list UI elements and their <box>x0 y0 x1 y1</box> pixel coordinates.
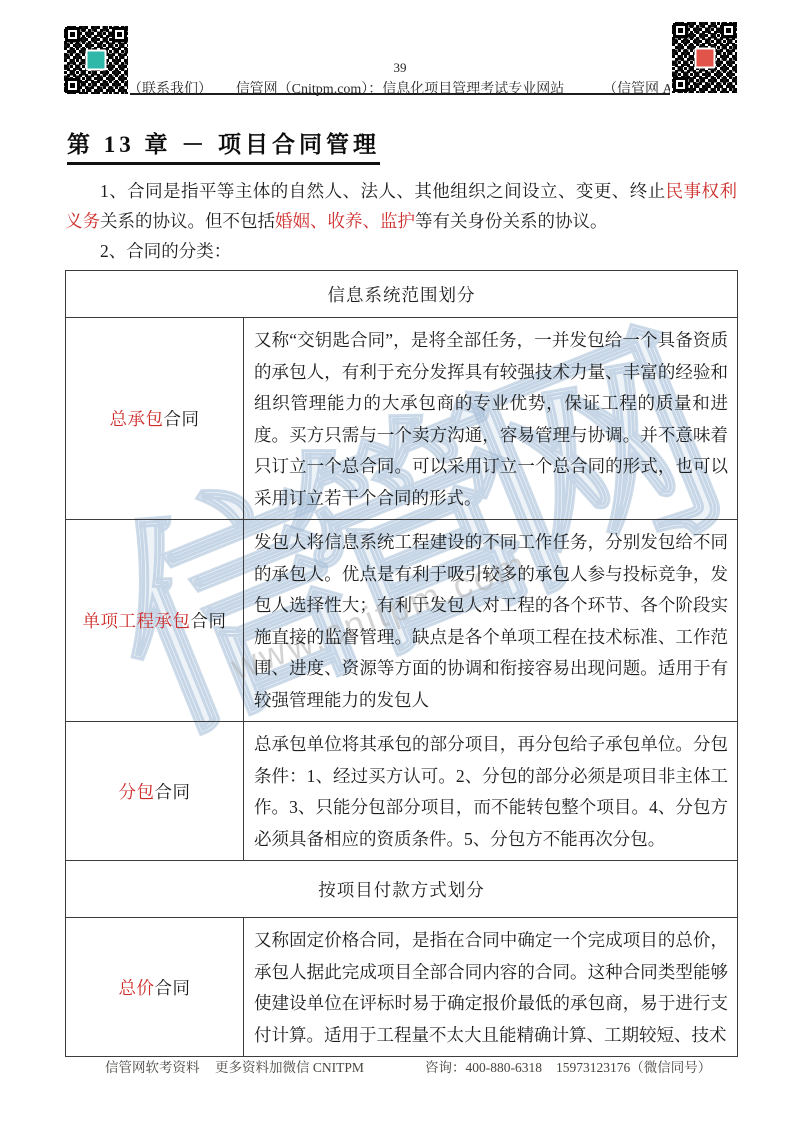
body-text: 1、合同是指平等主体的自然人、法人、其他组织之间设立、变更、终止民事权利义务关系… <box>65 176 737 266</box>
highlighted-term: 婚姻、收养、监护 <box>275 211 415 231</box>
term-cell: 总承包合同 <box>66 318 244 520</box>
term-red: 分包 <box>119 782 155 802</box>
site-logo-icon <box>694 47 715 68</box>
section-header: 按项目付款方式划分 <box>66 861 738 918</box>
app-qr-code <box>672 22 737 93</box>
footer-brand: 信管网软考资料 <box>105 1056 200 1076</box>
paragraph-text: 1、合同是指平等主体的自然人、法人、其他组织之间设立、变更、终止 <box>100 181 666 201</box>
table-row: 总承包合同 又称“交钥匙合同”，是将全部任务，一并发包给一个具备资质的承包人，有… <box>66 318 738 520</box>
section-header: 信息系统范围划分 <box>66 271 738 318</box>
description-cell: 总承包单位将其承包的部分项目，再分包给子承包单位。分包条件：1、经过买方认可。2… <box>244 722 738 861</box>
chapter-title: 第 13 章 － 项目合同管理 <box>67 126 380 165</box>
term-black: 合同 <box>191 611 227 631</box>
description-cell: 又称固定价格合同，是指在合同中确定一个完成项目的总价，承包人据此完成项目全部合同… <box>244 918 738 1057</box>
table-row: 总价合同 又称固定价格合同，是指在合同中确定一个完成项目的总价，承包人据此完成项… <box>66 918 738 1057</box>
qr-finder-icon <box>673 77 688 92</box>
term-cell: 分包合同 <box>66 722 244 861</box>
qr-finder-icon <box>721 23 736 38</box>
term-red: 总价 <box>119 978 155 998</box>
wechat-logo-icon <box>86 50 107 71</box>
description-cell: 又称“交钥匙合同”，是将全部任务，一并发包给一个具备资质的承包人，有利于充分发挥… <box>244 318 738 520</box>
term-black: 合同 <box>164 409 200 429</box>
paragraph-text: 关系的协议。但不包括 <box>100 211 275 231</box>
contract-types-table: 信息系统范围划分 总承包合同 又称“交钥匙合同”，是将全部任务，一并发包给一个具… <box>65 270 738 1057</box>
term-red: 单项工程承包 <box>83 611 191 631</box>
qr-finder-icon <box>112 27 127 42</box>
app-qr-label: （信管网 AP <box>603 78 680 98</box>
footer-consult-phone: 咨询：400-880-6318 <box>425 1056 542 1076</box>
description-cell: 发包人将信息系统工程建设的不同工作任务，分别发包给不同的承包人。优点是有利于吸引… <box>244 520 738 722</box>
document-page: 信管网 www.cnitpm.com 39 （联系我们） 信管网（Cnitpm.… <box>0 0 800 1131</box>
paragraph-classification: 2、合同的分类： <box>65 236 737 266</box>
qr-finder-icon <box>65 78 80 93</box>
qr-finder-icon <box>673 23 688 38</box>
term-cell: 总价合同 <box>66 918 244 1057</box>
table-row: 单项工程承包合同 发包人将信息系统工程建设的不同工作任务，分别发包给不同的承包人… <box>66 520 738 722</box>
paragraph-text: 等有关身份关系的协议。 <box>415 211 608 231</box>
term-red: 总承包 <box>110 409 164 429</box>
table-section-row: 信息系统范围划分 <box>66 271 738 318</box>
term-black: 合同 <box>155 978 191 998</box>
term-cell: 单项工程承包合同 <box>66 520 244 722</box>
contact-qr-code <box>64 26 128 94</box>
footer-wechat: 更多资料加微信 CNITPM <box>215 1056 364 1076</box>
qr-finder-icon <box>65 27 80 42</box>
table-section-row: 按项目付款方式划分 <box>66 861 738 918</box>
table-row: 分包合同 总承包单位将其承包的部分项目，再分包给子承包单位。分包条件：1、经过买… <box>66 722 738 861</box>
footer-mobile-phone: 15973123176（微信同号） <box>556 1056 711 1076</box>
term-black: 合同 <box>155 782 191 802</box>
paragraph-definition: 1、合同是指平等主体的自然人、法人、其他组织之间设立、变更、终止民事权利义务关系… <box>65 176 737 236</box>
